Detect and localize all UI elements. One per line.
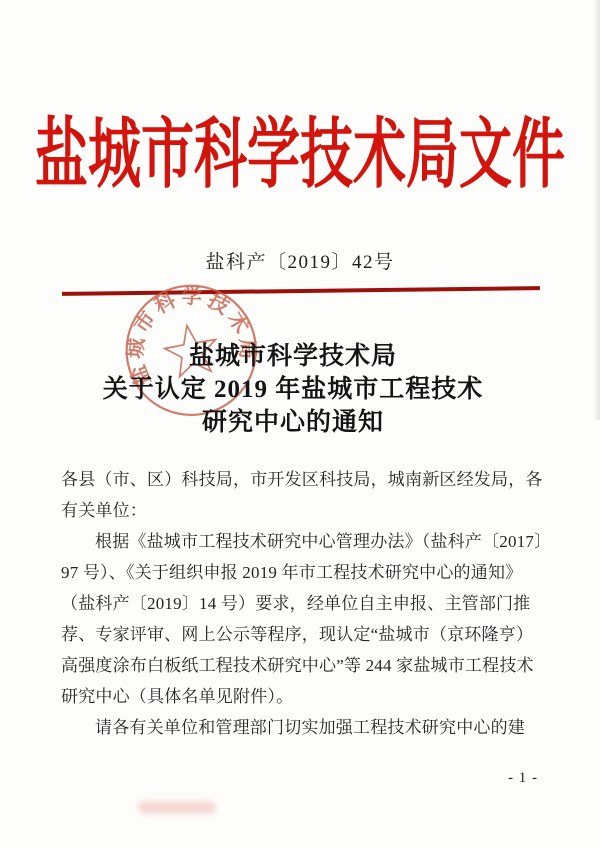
document-number: 盐科产〔2019〕42号 — [0, 247, 600, 274]
body-line: 根据《盐城市工程技术研究中心管理办法》（盐科产〔2017〕 — [61, 526, 543, 557]
body-line: 请各有关单位和管理部门切实加强工程技术研究中心的建 — [61, 712, 543, 743]
document-title-line: 关于认定 2019 年盐城市工程技术 — [0, 373, 586, 406]
document-title-line: 研究中心的通知 — [0, 406, 586, 439]
document-masthead-title: 盐城市科学技术局文件 — [0, 117, 600, 195]
body-line: 97 号）、《关于组织申报 2019 年市工程技术研究中心的通知》 — [61, 557, 543, 588]
body-line: 高强度涂布白板纸工程技术研究中心”等 244 家盐城市工程技术 — [61, 650, 543, 681]
body-line: （盐科产〔2019〕14 号）要求，经单位自主申报、主管部门推 — [61, 588, 543, 619]
document-title-line: 盐城市科学技术局 — [0, 340, 586, 373]
document-body: 各县（市、区）科技局，市开发区科技局，城南新区经发局，各 有关单位： 根据《盐城… — [61, 464, 543, 743]
ink-bleed-smudge — [138, 801, 216, 814]
body-line: 研究中心（具体名单见附件）。 — [61, 681, 543, 712]
document-title: 盐城市科学技术局 关于认定 2019 年盐城市工程技术 研究中心的通知 — [0, 340, 586, 439]
scan-edge-shadow — [593, 0, 600, 420]
body-line: 有关单位： — [61, 495, 543, 526]
body-line: 荐、专家评审、网上公示等程序，现认定“盐城市（京环隆亨） — [61, 619, 543, 650]
document-page: 盐城市科学技术局文件 盐科产〔2019〕42号 盐城市科学技术局 盐城市科学技术… — [0, 0, 600, 848]
page-number: - 1 - — [494, 770, 552, 787]
body-line: 各县（市、区）科技局，市开发区科技局，城南新区经发局，各 — [61, 464, 543, 495]
